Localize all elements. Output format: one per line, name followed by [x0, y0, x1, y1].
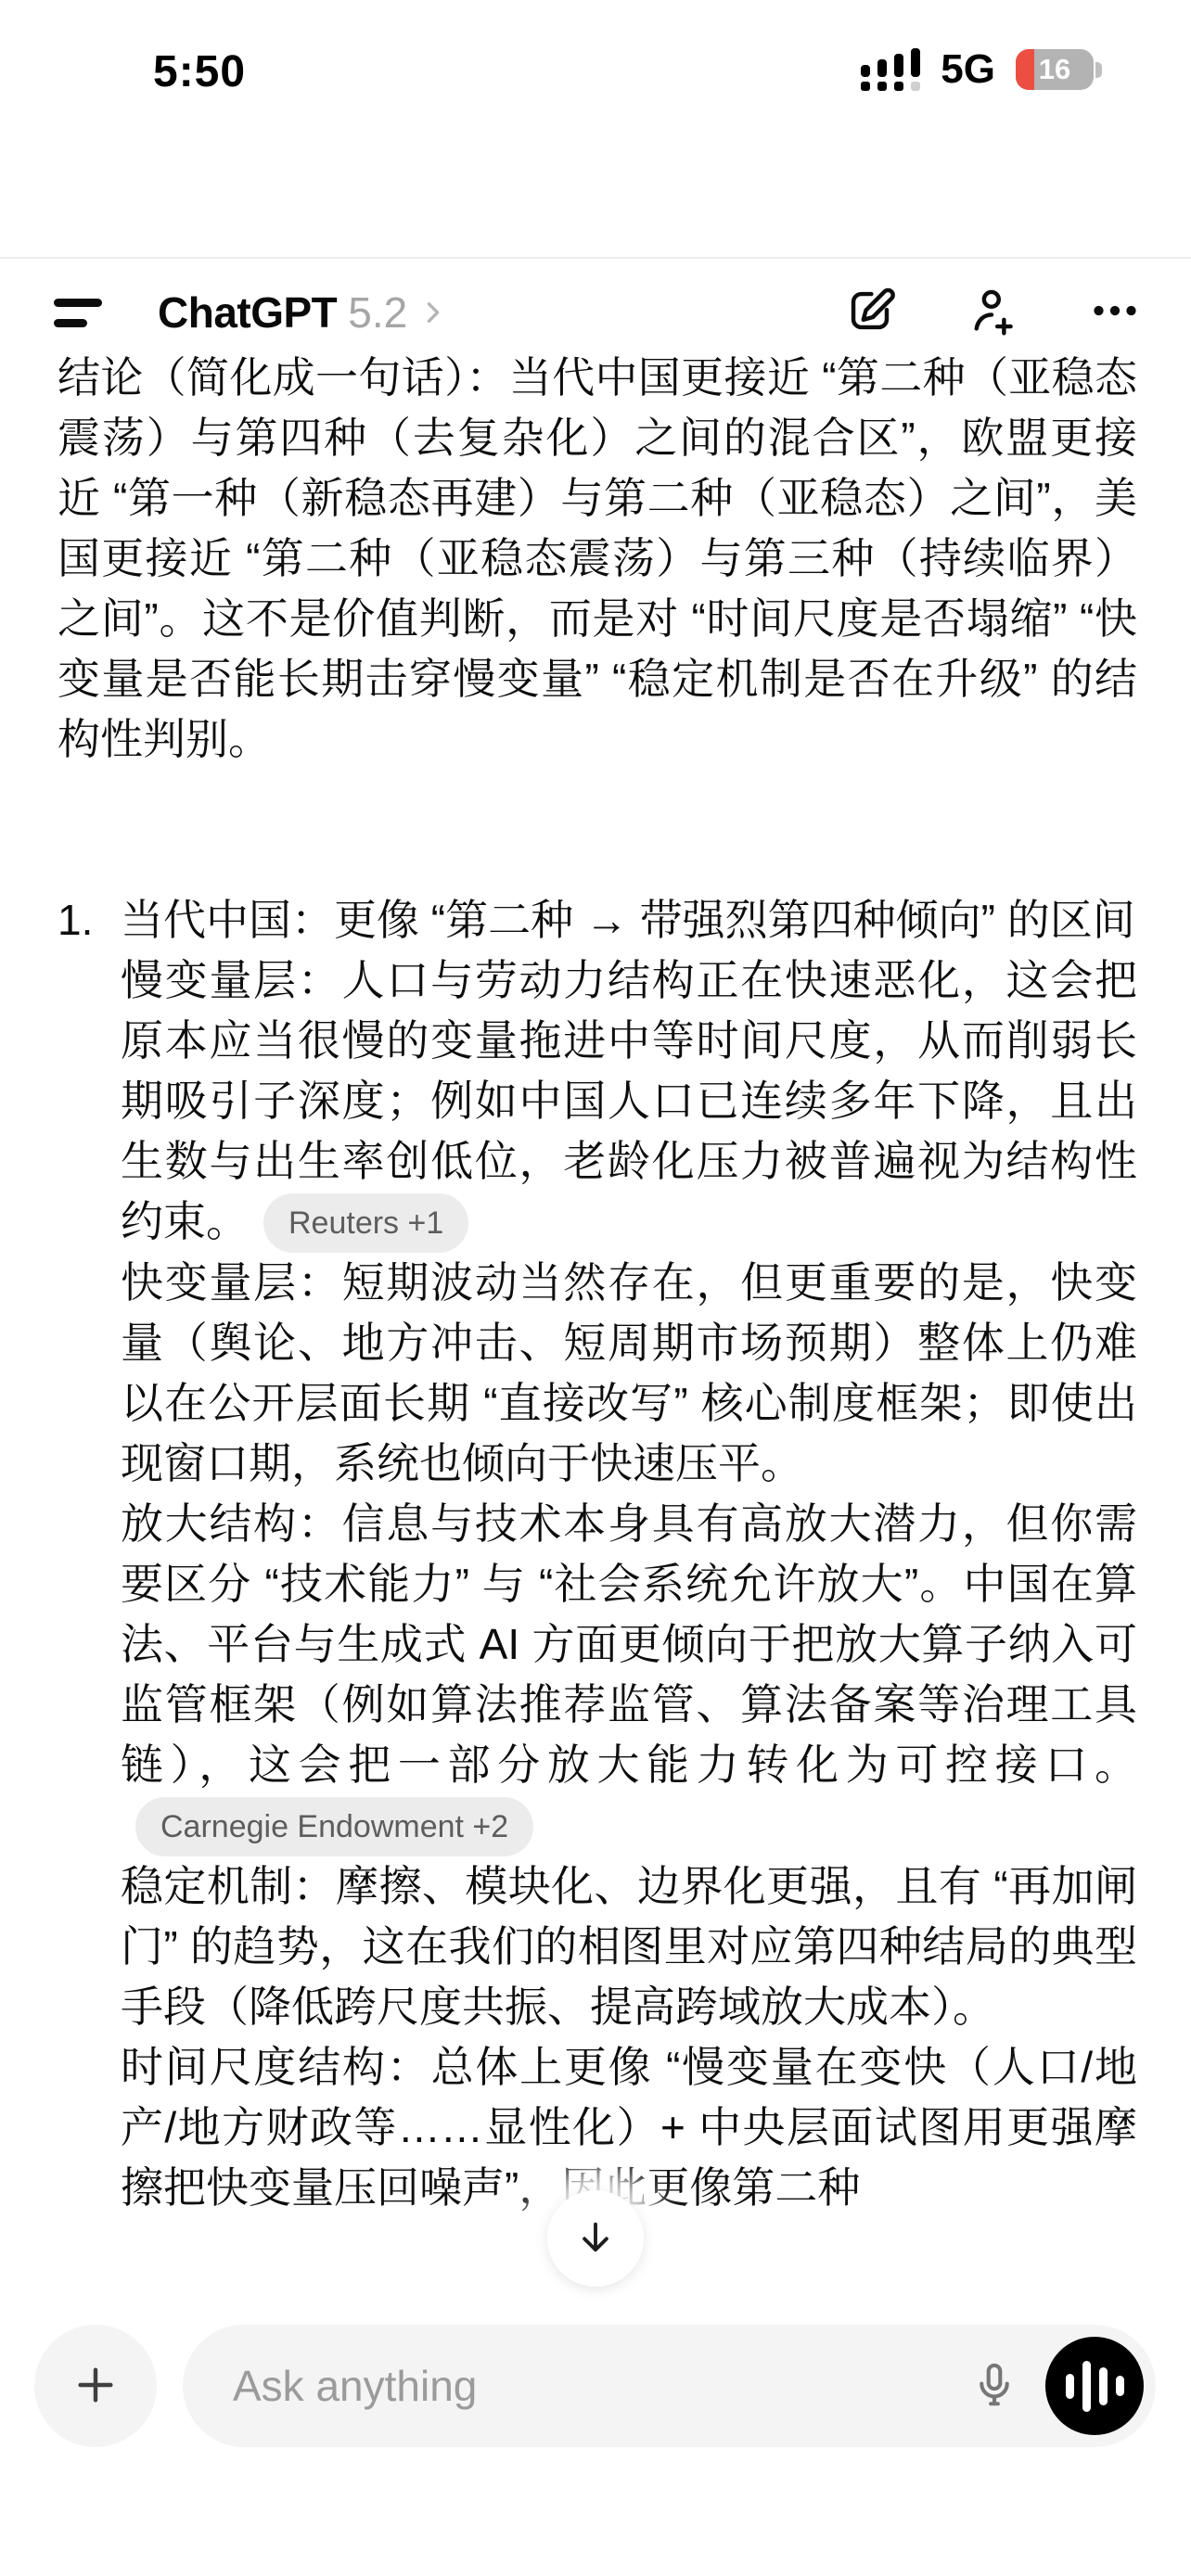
- battery-nub: [1095, 62, 1102, 78]
- composer-bar: Ask anything: [0, 2325, 1191, 2447]
- battery-body: 16: [1016, 49, 1094, 90]
- app-header: ChatGPT 5.2: [0, 121, 1191, 259]
- assistant-message: 结论（简化成一句话）：当代中国更接近 “第二种（亚稳态震荡）与第四种（去复杂化）…: [0, 259, 1191, 2314]
- voice-mode-icon: [1066, 2361, 1124, 2412]
- message-paragraph: 稳定机制：摩擦、模块化、边界化更强，且有 “再加闸门” 的趋势，这在我们的相图里…: [121, 1856, 1137, 2037]
- list-item-body: 当代中国：更像 “第二种 → 带强烈第四种倾向” 的区间 慢变量层：人口与劳动力…: [121, 890, 1137, 2218]
- battery-percentage: 16: [1016, 49, 1094, 90]
- citation-pill-carnegie[interactable]: Carnegie Endowment +2: [135, 1797, 533, 1856]
- status-time: 5:50: [153, 46, 246, 97]
- message-paragraph: 快变量层：短期波动当然存在，但更重要的是，快变量（舆论、地方冲击、短周期市场预期…: [121, 1253, 1137, 1494]
- input-placeholder: Ask anything: [233, 2361, 969, 2411]
- citation-pill-reuters[interactable]: Reuters +1: [263, 1193, 468, 1253]
- status-bar: 5:50 5G 16: [0, 0, 1191, 121]
- plus-icon: [70, 2359, 122, 2414]
- voice-mode-button[interactable]: [1045, 2337, 1144, 2435]
- status-indicators: 5G 16: [861, 46, 1102, 93]
- mic-icon: [969, 2360, 1019, 2413]
- battery-icon: 16: [1016, 49, 1102, 90]
- message-paragraph: 时间尺度结构：总体上更像 “慢变量在变快（人口/地产/地方财政等……显性化）+ …: [121, 2037, 1137, 2218]
- list-item-1: 1. 当代中国：更像 “第二种 → 带强烈第四种倾向” 的区间 慢变量层：人口与…: [58, 890, 1137, 2218]
- message-paragraph: 放大结构：信息与技术本身具有高放大潜力，但你需要区分 “技术能力” 与 “社会系…: [121, 1494, 1137, 1856]
- message-input[interactable]: Ask anything: [183, 2325, 1156, 2447]
- attach-button[interactable]: [34, 2325, 157, 2447]
- cellular-signal-icon: [861, 48, 920, 91]
- message-intro-paragraph: 结论（简化成一句话）：当代中国更接近 “第二种（亚稳态震荡）与第四种（去复杂化）…: [58, 348, 1137, 770]
- network-type-label: 5G: [941, 46, 995, 93]
- list-item-title: 当代中国：更像 “第二种 → 带强烈第四种倾向” 的区间: [121, 890, 1137, 950]
- signal-bars: [861, 48, 920, 77]
- scroll-down-icon: [574, 2216, 617, 2262]
- chatgpt-app-screen: 5:50 5G 16: [0, 0, 1191, 2576]
- scroll-to-bottom-button[interactable]: [547, 2190, 644, 2287]
- message-paragraph: 慢变量层：人口与劳动力结构正在快速恶化，这会把原本应当很慢的变量拖进中等时间尺度…: [121, 950, 1137, 1253]
- signal-dots: [861, 82, 920, 91]
- list-number: 1.: [58, 890, 121, 2218]
- dictation-button[interactable]: [969, 2360, 1019, 2413]
